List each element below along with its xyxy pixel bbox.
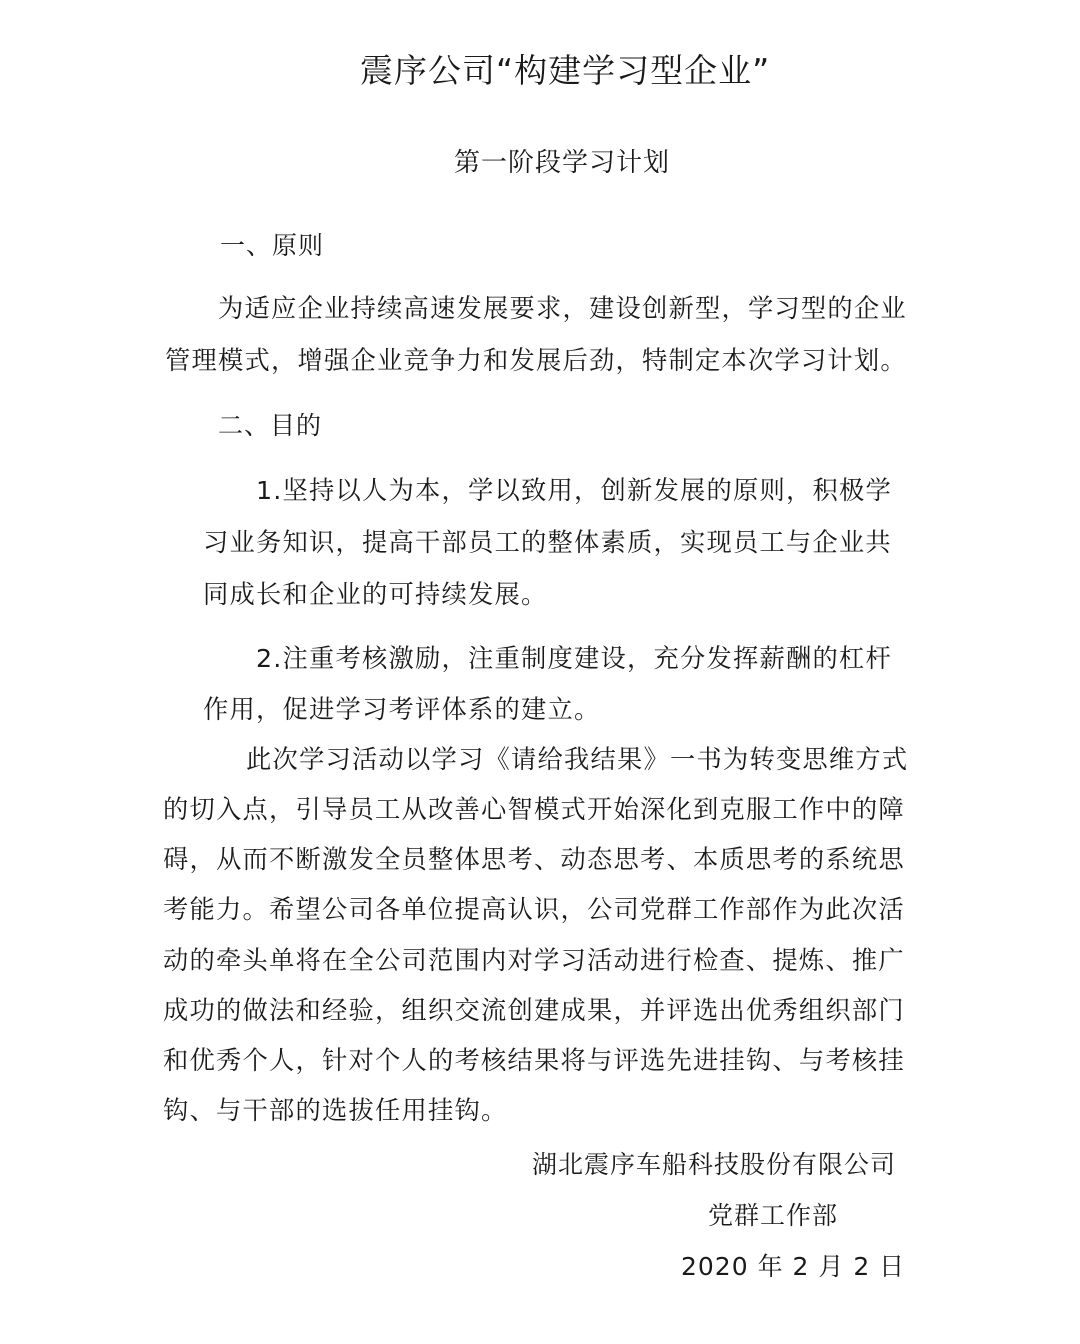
closing-line-4: 考能力。希望公司各单位提高认识，公司党群工作部作为此次活 — [163, 897, 905, 922]
document-subtitle: 第一阶段学习计划 — [454, 150, 670, 176]
principles-line-1: 为适应企业持续高速发展要求，建设创新型，学习型的企业 — [218, 296, 907, 321]
principles-line-2: 管理模式，增强企业竞争力和发展后劲，特制定本次学习计划。 — [165, 348, 907, 373]
purpose-item-2-line-1: 2.注重考核激励，注重制度建设，充分发挥薪酬的杠杆 — [256, 646, 892, 671]
purpose-item-1-line-1: 1.坚持以人为本，学以致用，创新发展的原则，积极学 — [256, 478, 892, 503]
closing-line-6: 成功的做法和经验，组织交流创建成果，并评选出优秀组织部门 — [163, 998, 905, 1023]
section-heading-principles: 一、原则 — [220, 233, 324, 258]
closing-line-8: 钩、与干部的选拔任用挂钩。 — [163, 1098, 507, 1123]
purpose-item-1-line-3: 同成长和企业的可持续发展。 — [203, 582, 547, 607]
purpose-item-2-line-2: 作用，促进学习考评体系的建立。 — [203, 697, 600, 722]
section-heading-purpose: 二、目的 — [218, 413, 322, 438]
document-title: 震序公司“构建学习型企业” — [360, 54, 770, 87]
purpose-item-1-line-2: 习业务知识，提高干部员工的整体素质，实现员工与企业共 — [203, 530, 892, 555]
signature-date: 2020 年 2 月 2 日 — [681, 1254, 905, 1279]
closing-line-3: 碍，从而不断激发全员整体思考、动态思考、本质思考的系统思 — [163, 847, 905, 872]
signature-company: 湖北震序车船科技股份有限公司 — [532, 1152, 896, 1177]
closing-line-2: 的切入点，引导员工从改善心智模式开始深化到克服工作中的障 — [163, 797, 905, 822]
document-page: 震序公司“构建学习型企业” 第一阶段学习计划 一、原则 为适应企业持续高速发展要… — [0, 0, 1080, 1344]
closing-line-1: 此次学习活动以学习《请给我结果》一书为转变思维方式 — [246, 747, 908, 772]
signature-department: 党群工作部 — [708, 1203, 838, 1228]
closing-line-7: 和优秀个人，针对个人的考核结果将与评选先进挂钩、与考核挂 — [163, 1048, 905, 1073]
closing-line-5: 动的牵头单将在全公司范围内对学习活动进行检查、提炼、推广 — [163, 948, 905, 973]
